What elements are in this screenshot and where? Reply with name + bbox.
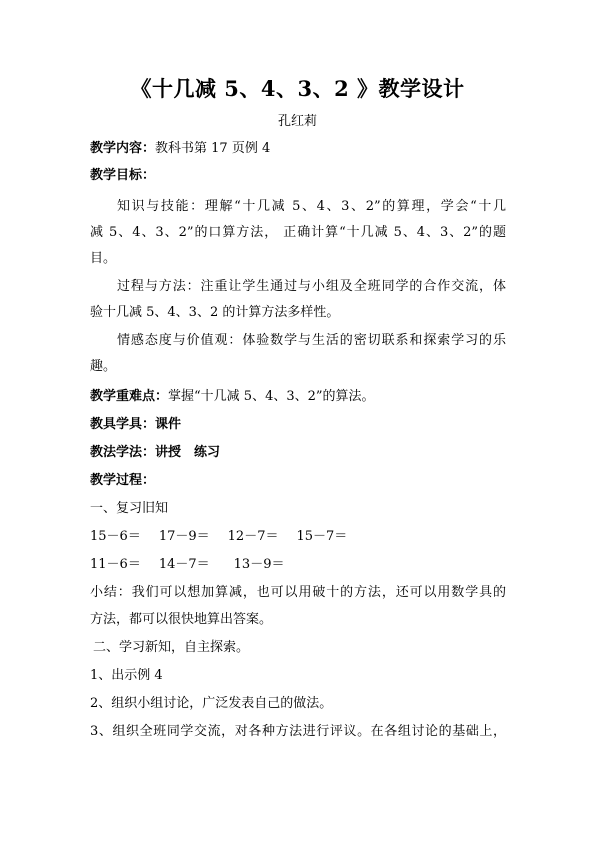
process-line-1: 过程与方法：注重让学生通过与小组及全班同学的合作交流，体 xyxy=(90,279,506,295)
equation: 14－7＝ xyxy=(159,557,210,573)
equation: 11－6＝ xyxy=(90,557,141,573)
review-row-1: 15－6＝17－9＝12－7＝15－7＝ xyxy=(90,529,506,545)
teaching-tools: 教具学具：课件 xyxy=(90,417,506,433)
knowledge-line-2: 减 5、4、3、2”的口算方法， 正确计算“十几减 5、4、3、2”的题 xyxy=(90,225,506,241)
step-2: 2、组织小组讨论，广泛发表自己的做法。 xyxy=(90,696,506,712)
teaching-content-label: 教学内容： xyxy=(90,141,155,156)
equation: 12－7＝ xyxy=(228,529,279,545)
key-points-label: 教学重难点： xyxy=(90,389,168,404)
equation: 15－7＝ xyxy=(296,529,347,545)
step-1: 1、出示例 4 xyxy=(90,668,506,684)
teaching-methods-value: 讲授 练习 xyxy=(155,445,220,460)
document-title: 《十几减 5、4、3、2 》教学设计 xyxy=(0,73,595,103)
process-line-2: 验十几减 5、4、3、2 的计算方法多样性。 xyxy=(90,305,506,321)
teaching-methods-label: 教法学法： xyxy=(90,445,155,460)
key-points-value: 掌握“十几减 5、4、3、2”的算法。 xyxy=(168,389,375,404)
knowledge-line-1: 知识与技能：理解“十几减 5、4、3、2”的算理，学会“十几 xyxy=(90,199,506,215)
teaching-content: 教学内容：教科书第 17 页例 4 xyxy=(90,141,506,157)
review-row-2: 11－6＝14－7＝13－9＝ xyxy=(90,557,506,573)
key-points: 教学重难点：掌握“十几减 5、4、3、2”的算法。 xyxy=(90,389,506,405)
emotion-line-1: 情感态度与价值观：体验数学与生活的密切联系和探索学习的乐 xyxy=(90,333,506,349)
summary-line-1: 小结：我们可以想加算减，也可以用破十的方法，还可以用数学具的 xyxy=(90,585,506,601)
teaching-content-value: 教科书第 17 页例 4 xyxy=(155,141,270,156)
emotion-line-2: 趣。 xyxy=(90,359,506,375)
process-heading: 教学过程： xyxy=(90,473,506,489)
summary-line-2: 方法，都可以很快地算出答案。 xyxy=(90,612,506,628)
objectives-heading: 教学目标： xyxy=(90,168,506,184)
teaching-methods: 教法学法：讲授 练习 xyxy=(90,445,506,461)
teaching-tools-value: 课件 xyxy=(155,417,181,432)
equation: 15－6＝ xyxy=(90,529,141,545)
section2-heading: 二、学习新知，自主探索。 xyxy=(93,640,509,656)
teaching-tools-label: 教具学具： xyxy=(90,417,155,432)
equation: 13－9＝ xyxy=(234,557,285,573)
step-3: 3、组织全班同学交流，对各种方法进行评议。在各组讨论的基础上， xyxy=(90,724,506,740)
author-name: 孔红莉 xyxy=(0,110,595,129)
knowledge-line-3: 目。 xyxy=(90,251,506,267)
equation: 17－9＝ xyxy=(159,529,210,545)
section1-heading: 一、复习旧知 xyxy=(90,501,506,517)
